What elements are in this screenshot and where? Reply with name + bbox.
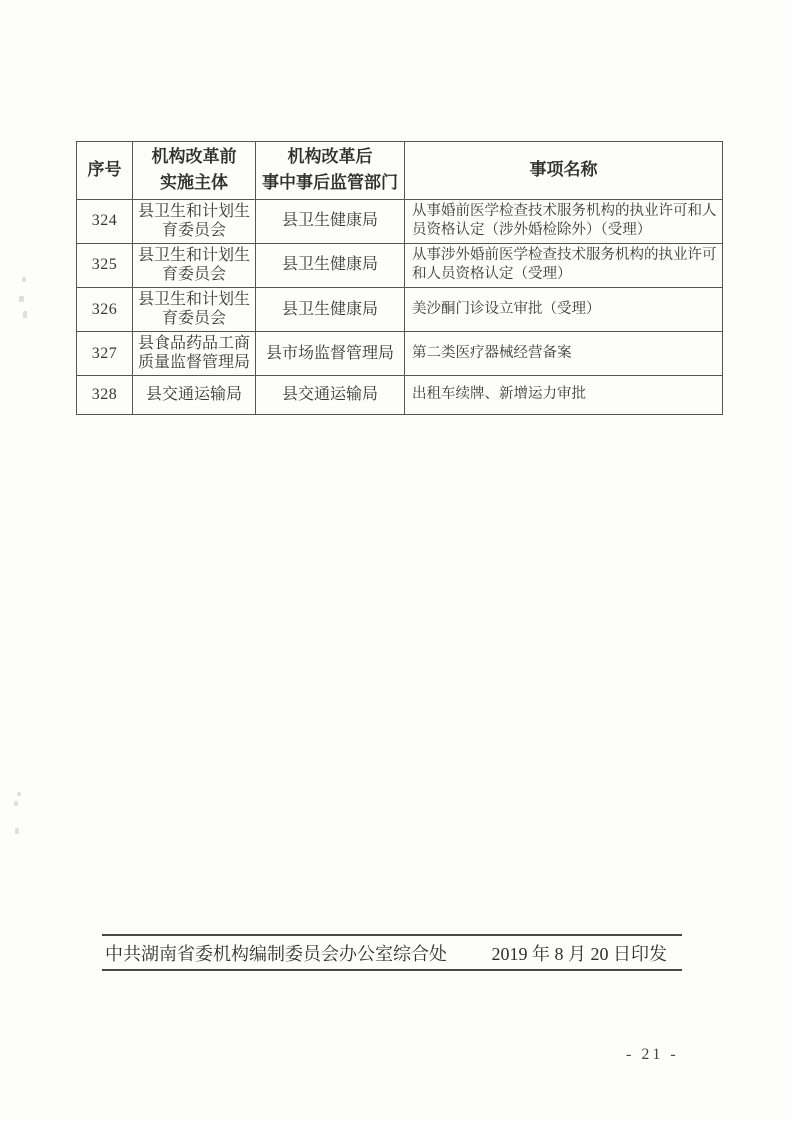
header-index: 序号 [77,142,133,200]
scan-artifact [19,296,24,302]
colophon: 中共湖南省委机构编制委员会办公室综合处 2019 年 8 月 20 日印发 [102,934,682,971]
post-reform-dept-cell: 县交通运输局 [256,375,405,414]
scan-artifact [23,311,27,318]
table-header: 序号 机构改革前 实施主体 机构改革后 事中事后监管部门 事项名称 [77,142,723,200]
table-row: 326 县卫生和计划生 育委员会 县卫生健康局 美沙酮门诊设立审批（受理） [77,287,723,331]
item-name-cell: 第二类医疗器械经营备案 [405,331,723,375]
item-name-cell: 美沙酮门诊设立审批（受理） [405,287,723,331]
table-row: 327 县食品药品工商 质量监督管理局 县市场监督管理局 第二类医疗器械经营备案 [77,331,723,375]
pre-reform-body-cell: 县食品药品工商 质量监督管理局 [133,331,256,375]
item-name-cell: 出租车续牌、新增运力审批 [405,375,723,414]
row-index: 326 [77,287,133,331]
table-row: 324 县卫生和计划生 育委员会 县卫生健康局 从事婚前医学检查技术服务机构的执… [77,199,723,243]
colophon-print-date: 2019 年 8 月 20 日印发 [492,940,668,966]
page-number: - 21 - [626,1046,679,1064]
scan-artifact [14,801,18,806]
table-row: 328 县交通运输局 县交通运输局 出租车续牌、新增运力审批 [77,375,723,414]
row-index: 328 [77,375,133,414]
pre-reform-body-cell: 县卫生和计划生 育委员会 [133,287,256,331]
document-page: 序号 机构改革前 实施主体 机构改革后 事中事后监管部门 事项名称 324 县卫… [0,0,793,1121]
row-index: 324 [77,199,133,243]
post-reform-dept-cell: 县市场监督管理局 [256,331,405,375]
row-index: 327 [77,331,133,375]
scan-artifact [17,792,21,796]
post-reform-dept-cell: 县卫生健康局 [256,243,405,287]
pre-reform-body-cell: 县卫生和计划生 育委员会 [133,199,256,243]
colophon-issuer: 中共湖南省委机构编制委员会办公室综合处 [105,940,447,966]
table-row: 325 县卫生和计划生 育委员会 县卫生健康局 从事涉外婚前医学检查技术服务机构… [77,243,723,287]
items-table: 序号 机构改革前 实施主体 机构改革后 事中事后监管部门 事项名称 324 县卫… [76,141,723,415]
header-pre-reform-body: 机构改革前 实施主体 [133,142,256,200]
item-name-cell: 从事婚前医学检查技术服务机构的执业许可和人 员资格认定（涉外婚检除外）（受理） [405,199,723,243]
header-row: 序号 机构改革前 实施主体 机构改革后 事中事后监管部门 事项名称 [77,142,723,200]
pre-reform-body-cell: 县卫生和计划生 育委员会 [133,243,256,287]
header-item-name: 事项名称 [405,142,723,200]
item-name-cell: 从事涉外婚前医学检查技术服务机构的执业许可 和人员资格认定（受理） [405,243,723,287]
post-reform-dept-cell: 县卫生健康局 [256,199,405,243]
scan-artifact [15,828,19,834]
pre-reform-body-cell: 县交通运输局 [133,375,256,414]
scan-artifact [22,277,26,282]
post-reform-dept-cell: 县卫生健康局 [256,287,405,331]
row-index: 325 [77,243,133,287]
header-post-reform-dept: 机构改革后 事中事后监管部门 [256,142,405,200]
